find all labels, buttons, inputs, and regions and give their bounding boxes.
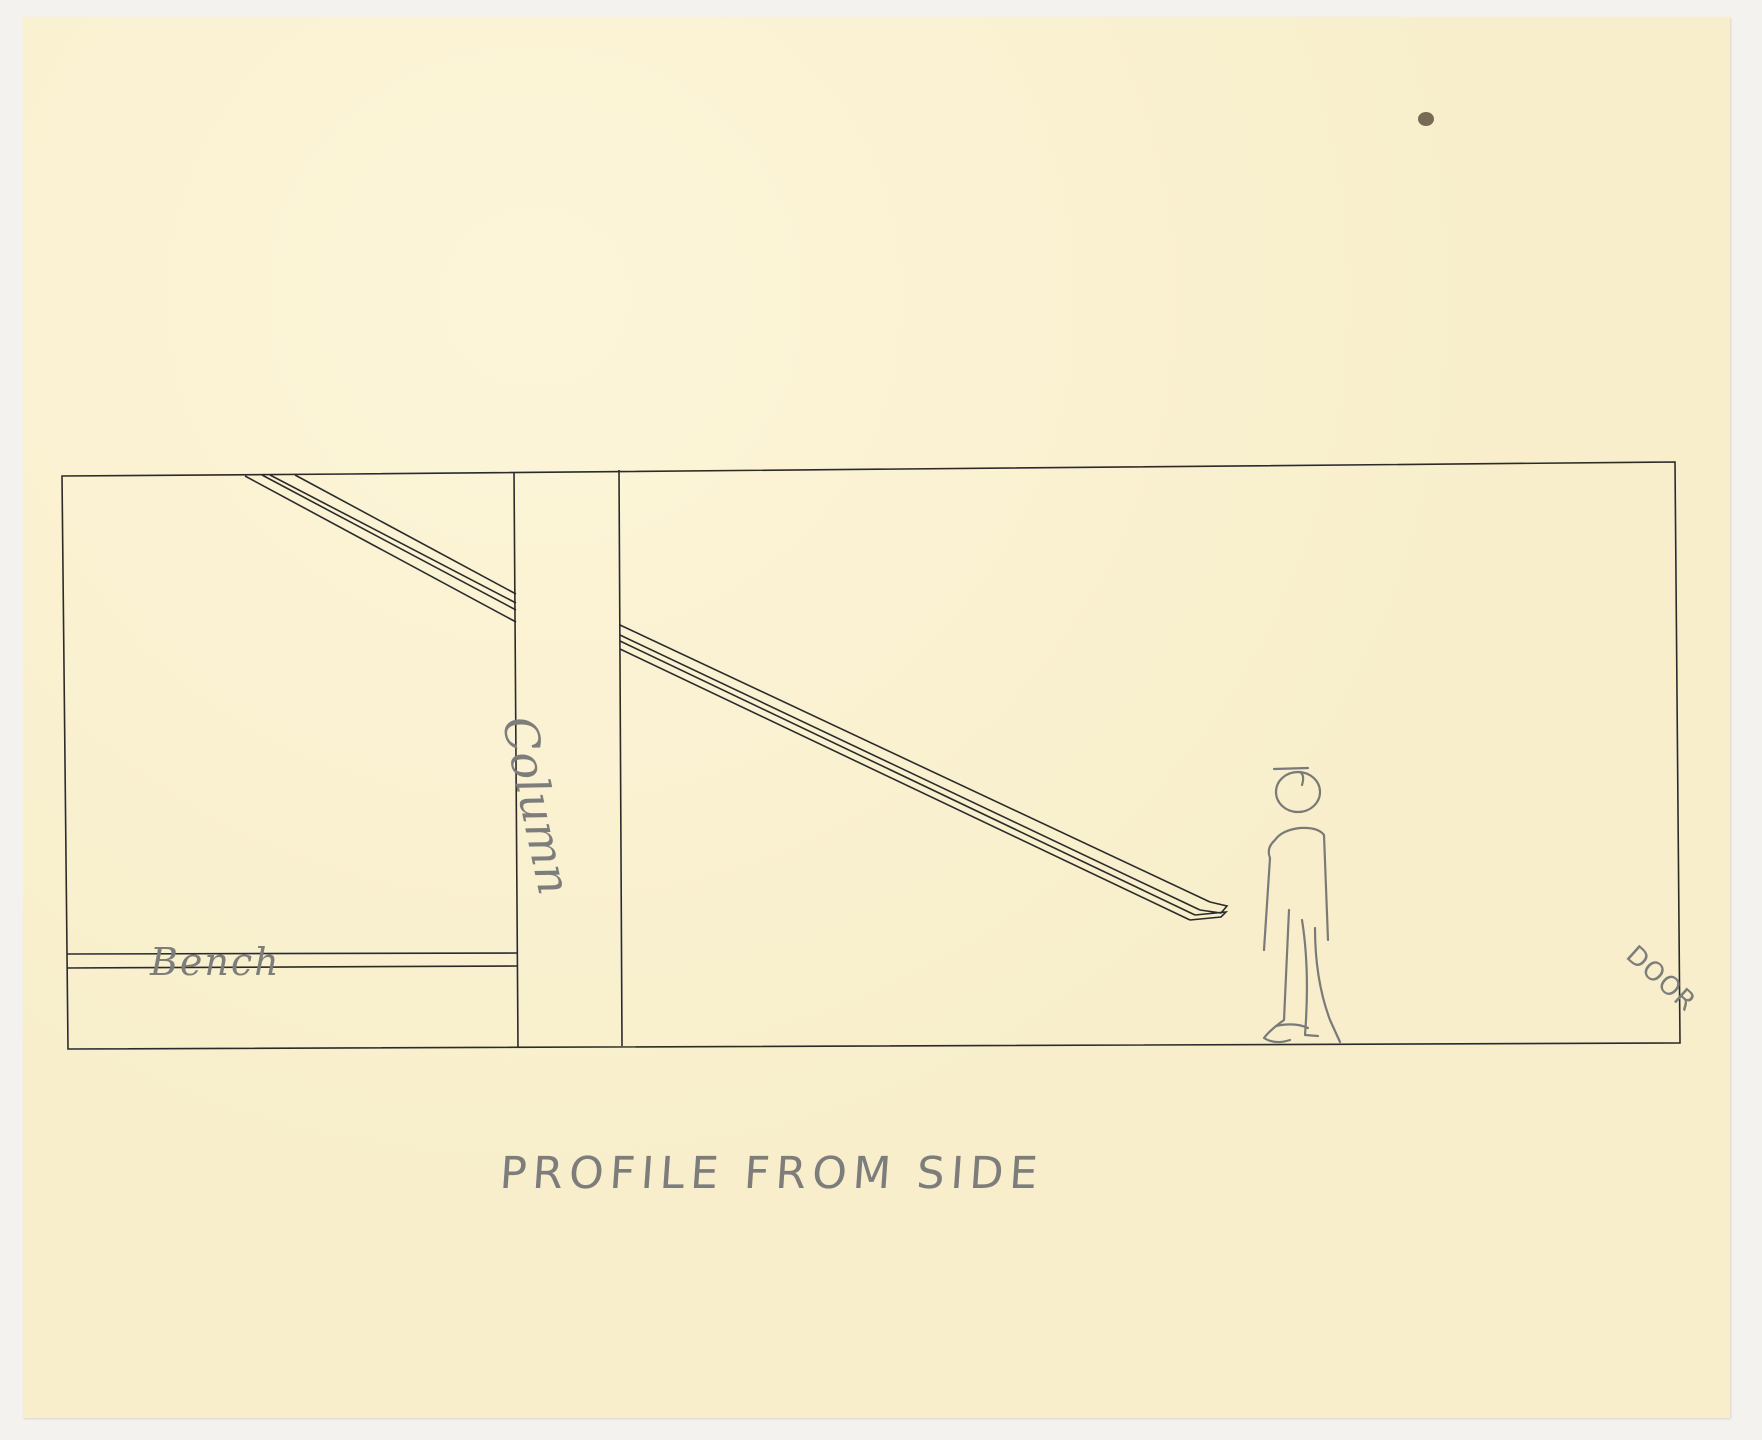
profile-drawing: [0, 0, 1762, 1440]
drawing-caption: PROFILE FROM SIDE: [498, 1148, 1045, 1199]
room-outline: [62, 462, 1680, 1049]
diagonal-beam: [245, 475, 1227, 920]
bench: [67, 953, 518, 968]
standing-figure: [1264, 768, 1340, 1042]
paper-stain: [1418, 112, 1434, 126]
bench-label: Bench: [150, 940, 281, 984]
